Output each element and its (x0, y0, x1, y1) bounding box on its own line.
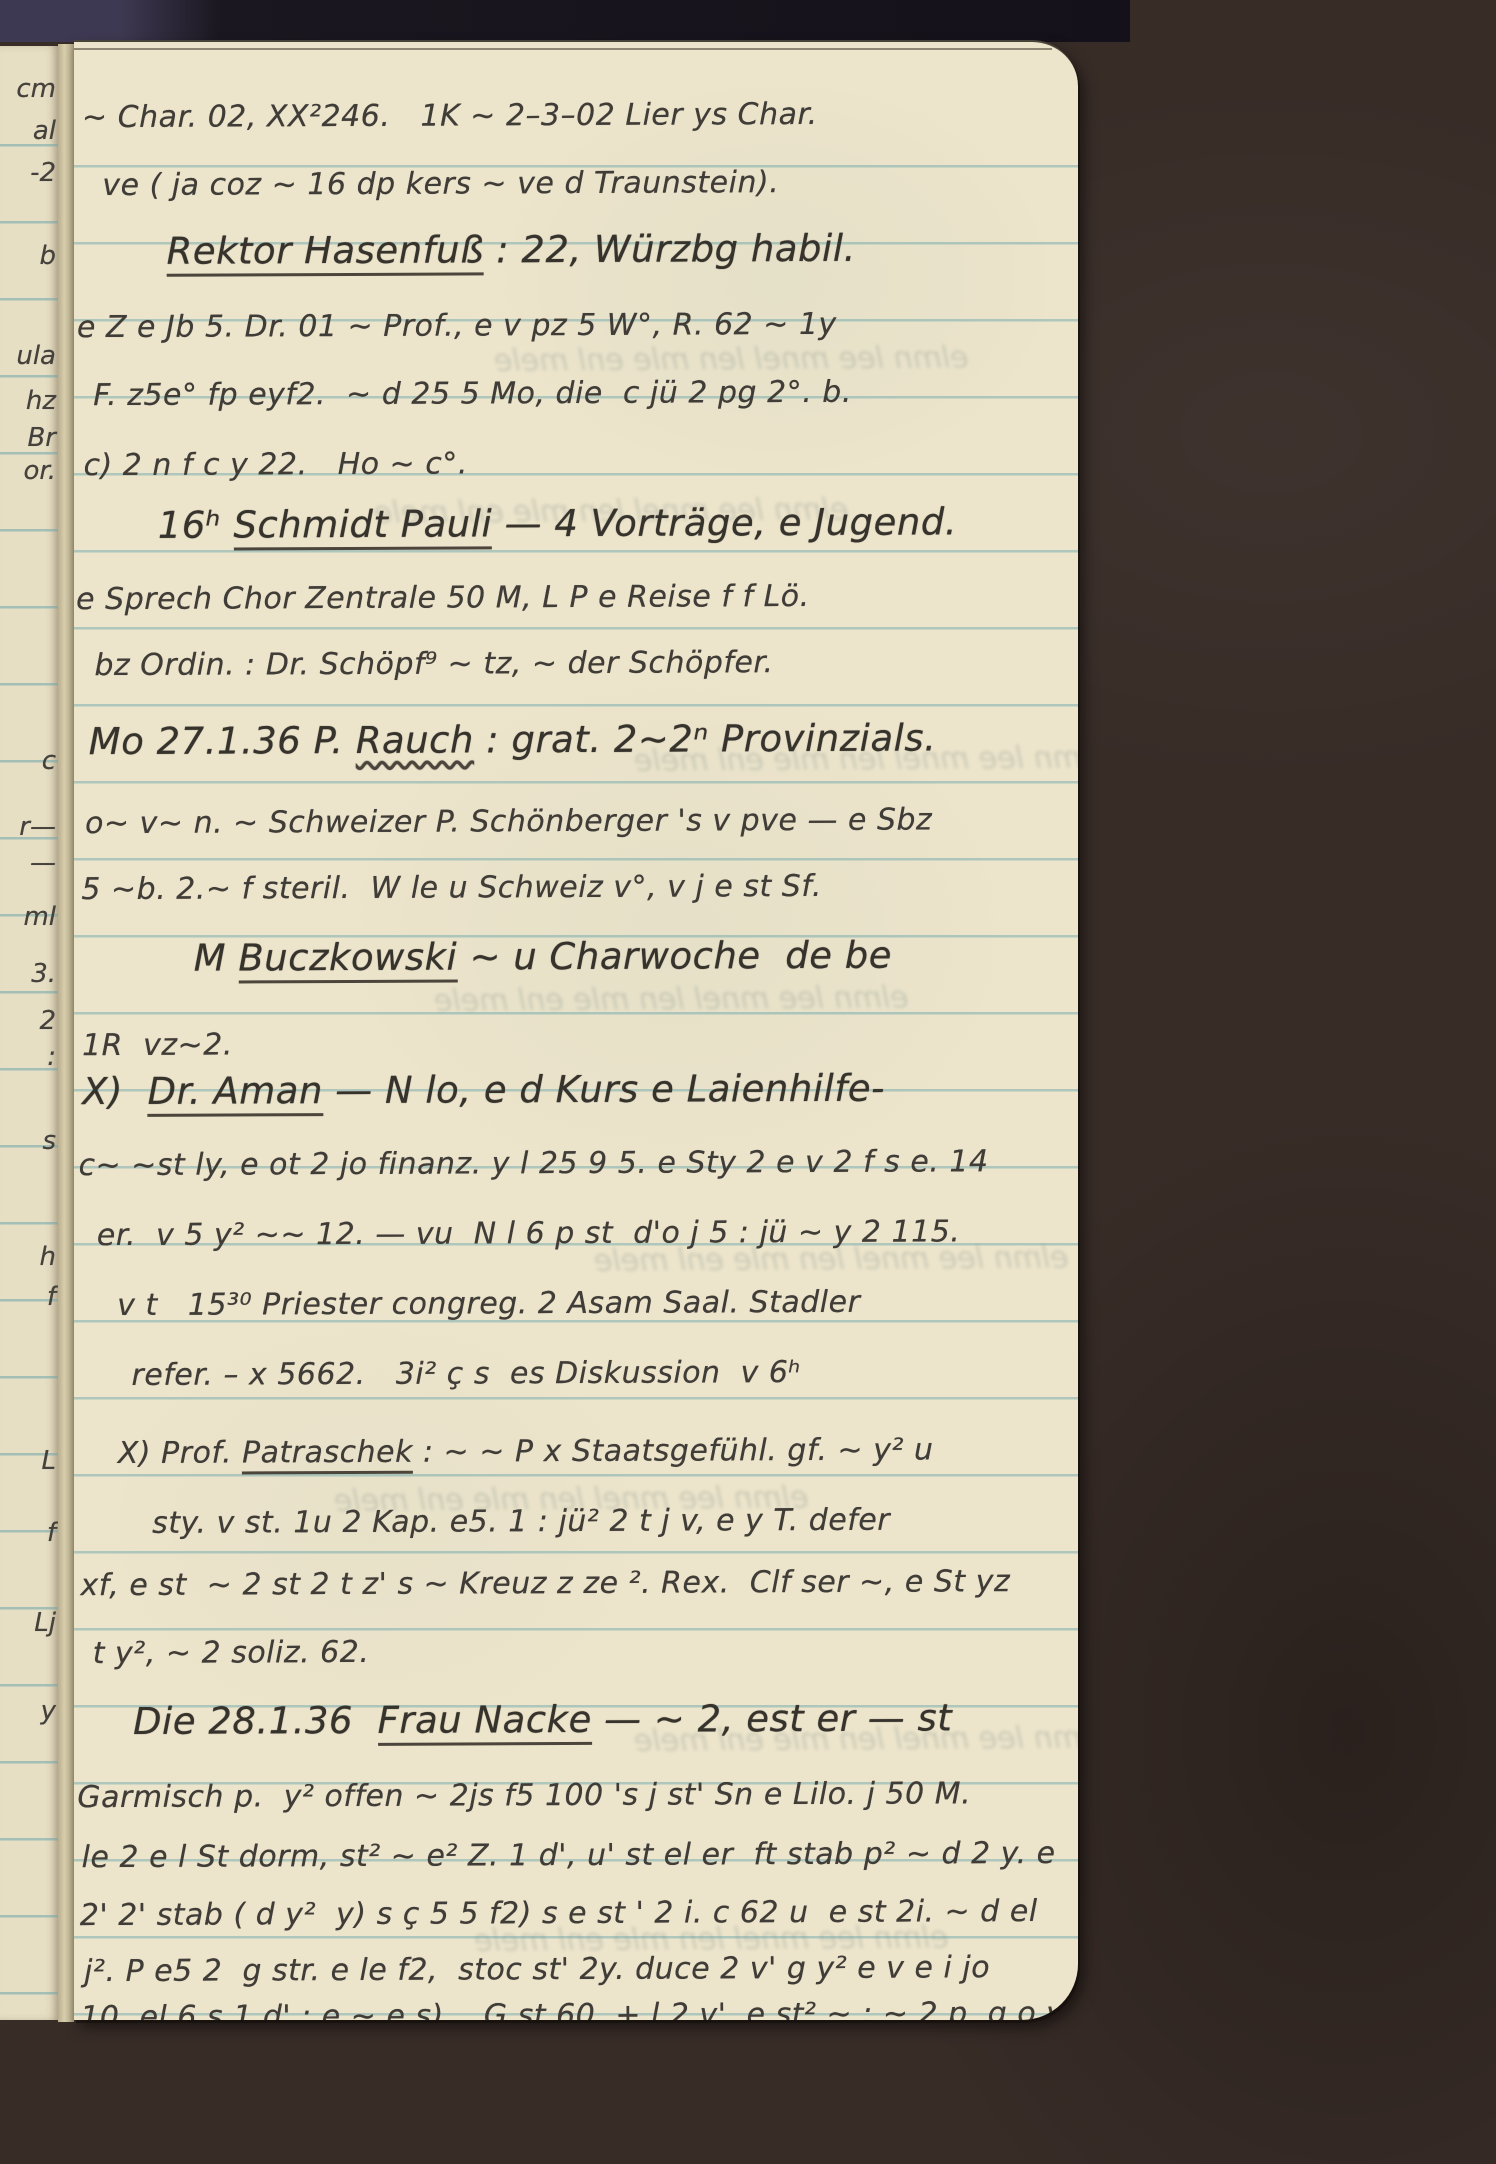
handwriting-segment: xf, e st ~ 2 st 2 t z' s ~ Kreuz z ze ².… (80, 1564, 1010, 1603)
handwriting-layer: ~ Char. 02, XX²246. 1K ~ 2–3–02 Lier ys … (74, 40, 1078, 2020)
handwriting-heading-line: M Buczkowski ~ u Charwoche de be (194, 934, 892, 981)
handwriting-segment: : grat. 2~2ⁿ Provinzials. (474, 716, 937, 761)
margin-fragment: y (41, 1696, 56, 1726)
margin-fragment: cm (16, 74, 56, 104)
margin-fragment: c (42, 746, 56, 776)
margin-fragment: al (33, 116, 56, 146)
handwriting-segment: ~ Char. 02, XX²246. 1K ~ 2–3–02 Lier ys … (82, 97, 818, 135)
margin-fragment: f (47, 1282, 56, 1312)
notebook-page: elmn lee mnel len mle enl meleelmn lee m… (74, 40, 1078, 2020)
margin-fragment: ml (23, 902, 56, 932)
margin-fragment: — (30, 848, 56, 878)
previous-page-edge: cmal-2bulahzBror.cr——ml3.2:shfLfLjy (0, 46, 58, 2020)
handwriting-segment: er. v 5 y² ~~ 12. — vu N l 6 p st d'o j … (97, 1214, 961, 1253)
underlined-name: Buczkowski (238, 936, 457, 984)
handwriting-heading-line: 16ʰ Schmidt Pauli — 4 Vorträge, e Jugend… (158, 500, 957, 547)
margin-fragment: hz (26, 386, 56, 416)
margin-fragment: ula (16, 341, 56, 371)
handwriting-line: Garmisch p. y² offen ~ 2js f5 100 's j s… (77, 1772, 971, 1820)
handwriting-line: t y², ~ 2 soliz. 62. (93, 1631, 370, 1676)
handwriting-line: 2' 2' stab ( d y² y) s ç 5 5 f2) s e st … (80, 1890, 1038, 1938)
notebook-cover-edge (0, 0, 1130, 42)
handwriting-segment: — N lo, e d Kurs e Laienhilfe- (323, 1067, 885, 1112)
handwriting-segment: c) 2 n f c y 22. Ho ~ c°. (83, 446, 467, 483)
handwriting-segment: Mo 27.1.36 P. (89, 719, 356, 763)
margin-fragment: b (39, 241, 56, 271)
margin-fragment: f (47, 1518, 56, 1548)
handwriting-line: refer. – x 5662. 3i² ç s es Diskussion v… (131, 1351, 801, 1398)
handwriting-line: er. v 5 y² ~~ 12. — vu N l 6 p st d'o j … (97, 1210, 961, 1258)
handwriting-segment: sty. v st. 1u 2 Kap. e5. 1 : jü² 2 t j v… (152, 1503, 890, 1541)
handwriting-line: 5 ~b. 2.~ f steril. W le u Schweiz v°, v… (81, 865, 822, 912)
underlined-name: Frau Nacke (377, 1698, 591, 1746)
handwriting-segment: M (194, 936, 239, 979)
underlined-name: Rektor Hasenfuß (167, 228, 484, 276)
handwriting-line: F. z5e° fp eyf2. ~ d 25 5 Mo, die c jü 2… (93, 371, 852, 418)
handwriting-segment: t y², ~ 2 soliz. 62. (93, 1635, 370, 1671)
handwriting-line: e Sprech Chor Zentrale 50 M, L P e Reise… (76, 575, 810, 622)
handwriting-line: bz Ordin. : Dr. Schöpf⁹ ~ tz, ~ der Schö… (94, 641, 773, 688)
handwriting-line: xf, e st ~ 2 st 2 t z' s ~ Kreuz z ze ².… (80, 1560, 1010, 1608)
margin-fragment: s (42, 1126, 56, 1156)
handwriting-segment: c~ ~st ly, e ot 2 jo finanz. y l 25 9 5.… (79, 1144, 989, 1183)
handwriting-heading-line: Rektor Hasenfuß : 22, Würzbg habil. (167, 227, 856, 274)
handwriting-heading-line: X) Dr. Aman — N lo, e d Kurs e Laienhilf… (82, 1067, 885, 1115)
handwriting-segment: : ~ ~ P x Staatsgefühl. gf. ~ y² u (413, 1432, 934, 1469)
handwriting-segment: X) (82, 1070, 147, 1113)
handwriting-line: 1R vz~2. (82, 1023, 233, 1068)
handwriting-segment: refer. – x 5662. 3i² ç s es Diskussion v… (131, 1355, 801, 1393)
handwriting-segment: e Sprech Chor Zentrale 50 M, L P e Reise… (76, 579, 810, 617)
handwriting-segment: Garmisch p. y² offen ~ 2js f5 100 's j s… (77, 1776, 971, 1815)
handwriting-line: X) Prof. Patraschek : ~ ~ P x Staatsgefü… (118, 1428, 934, 1476)
margin-fragment: L (42, 1446, 57, 1476)
handwriting-segment: X) Prof. (118, 1435, 242, 1471)
handwriting-segment: v t (117, 1288, 188, 1323)
underlined-name: Schmidt Pauli (233, 502, 492, 550)
handwriting-segment: — 4 Vorträge, e Jugend. (492, 500, 957, 545)
handwriting-line: c) 2 n f c y 22. Ho ~ c°. (83, 442, 467, 488)
handwriting-segment: 2' 2' stab ( d y² y) s ç 5 5 f2) s e st … (80, 1894, 1038, 1933)
handwriting-segment: e Z e Jb 5. Dr. 01 ~ Prof., e v pz 5 W°,… (77, 307, 837, 345)
binding-gutter (58, 44, 74, 2022)
handwriting-line: c~ ~st ly, e ot 2 jo finanz. y l 25 9 5.… (78, 1140, 988, 1188)
underlined-name: Dr. Aman (147, 1069, 323, 1117)
handwriting-segment: 15³⁰ Priester congreg. 2 Asam Saal. Stad… (188, 1285, 861, 1323)
margin-fragment: Lj (34, 1608, 56, 1638)
handwriting-line: ~ Char. 02, XX²246. 1K ~ 2–3–02 Lier ys … (82, 93, 818, 140)
handwriting-segment: o~ v~ n. ~ Schweizer P. Schönberger 's v… (85, 802, 932, 841)
handwriting-segment: Die 28.1.36 (133, 1699, 378, 1743)
handwriting-segment: : 22, Würzbg habil. (484, 227, 856, 272)
margin-fragment: r— (19, 812, 56, 842)
underlined-name: Patraschek (242, 1435, 413, 1475)
handwriting-segment: ~ u Charwoche de be (457, 934, 892, 979)
underlined-name: Rauch (356, 718, 474, 762)
handwriting-line: o~ v~ n. ~ Schweizer P. Schönberger 's v… (85, 798, 932, 846)
margin-fragment: h (40, 1242, 56, 1272)
handwriting-heading-line: Mo 27.1.36 P. Rauch : grat. 2~2ⁿ Provinz… (89, 716, 937, 764)
margin-fragment: 2 (39, 1006, 56, 1036)
handwriting-segment: bz Ordin. : Dr. Schöpf⁹ ~ tz, ~ der Schö… (94, 645, 773, 683)
handwriting-segment: 5 ~b. 2.~ f steril. W le u Schweiz v°, v… (81, 869, 822, 907)
margin-fragment: -2 (30, 158, 56, 188)
handwriting-line: v t 15³⁰ Priester congreg. 2 Asam Saal. … (117, 1281, 860, 1328)
handwriting-segment: — ~ 2, est er — st (592, 1696, 953, 1741)
handwriting-line: le 2 e l St dorm, st² ~ e² Z. 1 d', u' s… (82, 1832, 1056, 1880)
handwriting-segment: 1R vz~2. (82, 1027, 233, 1063)
handwriting-segment: 16ʰ (158, 503, 234, 546)
handwriting-line: e Z e Jb 5. Dr. 01 ~ Prof., e v pz 5 W°,… (77, 303, 837, 350)
handwriting-segment: j². P e5 2 g str. e le f2, stoc st' 2y. … (84, 1950, 990, 1989)
handwriting-line: ve ( ja coz ~ 16 dp kers ~ ve d Traunste… (102, 161, 779, 208)
margin-fragment: : (47, 1042, 56, 1072)
handwriting-line: j². P e5 2 g str. e le f2, stoc st' 2y. … (84, 1946, 990, 1994)
margin-fragment: 3. (31, 959, 56, 989)
handwriting-heading-line: Die 28.1.36 Frau Nacke — ~ 2, est er — s… (133, 1696, 952, 1744)
handwriting-segment: ve ( ja coz ~ 16 dp kers ~ ve d Traunste… (102, 165, 779, 203)
handwriting-line: 10 el 6 s 1 d' : e ~ e s). G st 60. + l … (80, 1992, 1078, 2020)
handwriting-segment: le 2 e l St dorm, st² ~ e² Z. 1 d', u' s… (82, 1836, 1056, 1875)
handwriting-segment: F. z5e° fp eyf2. ~ d 25 5 Mo, die c jü 2… (93, 375, 852, 413)
handwriting-segment: 10 el 6 s 1 d' : e ~ e s). G st 60. + l … (80, 1996, 1078, 2020)
handwriting-line: sty. v st. 1u 2 Kap. e5. 1 : jü² 2 t j v… (152, 1499, 890, 1546)
margin-fragment: or. (24, 456, 56, 486)
margin-fragment: Br (27, 423, 56, 453)
